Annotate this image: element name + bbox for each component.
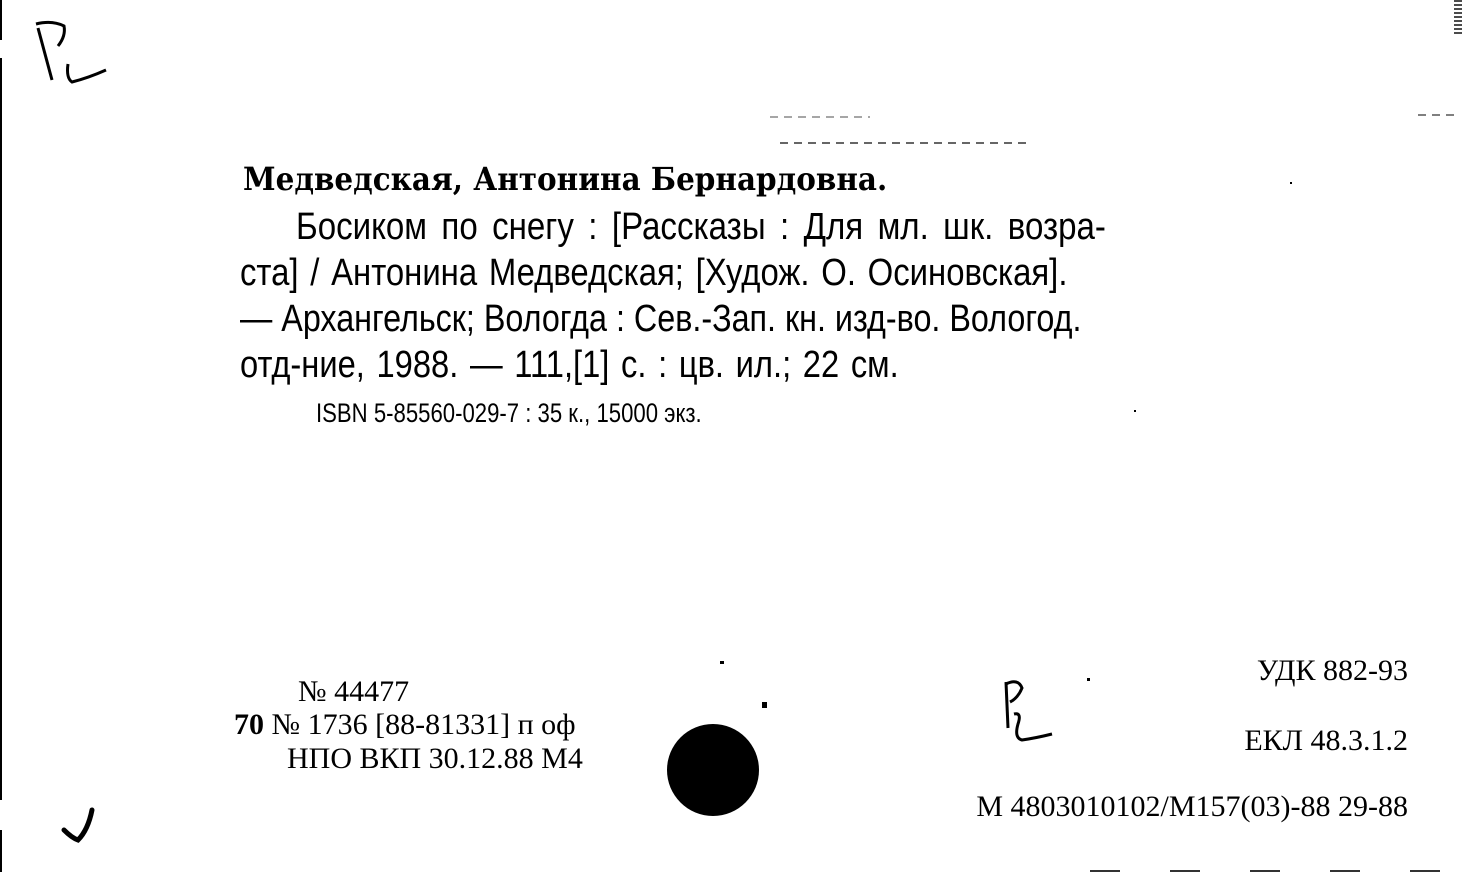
catalog-card: Медведская, Антонина Бернардовна. Босико… — [0, 0, 1464, 872]
scan-speck — [720, 661, 724, 664]
scan-speck — [1290, 182, 1292, 184]
checkmark-icon — [60, 806, 110, 856]
description-line: отд-ние, 1988. — 111,[1] с. : цв. ил.; 2… — [240, 344, 899, 387]
handwritten-p2-icon — [30, 18, 120, 93]
printer-line: НПО ВКП 30.12.88 М4 — [287, 742, 583, 776]
card-left-edge — [0, 0, 2, 872]
ekl-code: ЕКЛ 48.3.1.2 — [1244, 724, 1408, 758]
punch-hole — [667, 724, 759, 816]
scan-artifact — [780, 142, 1030, 144]
classification-code: М 4803010102/М157(03)-88 29-88 — [976, 790, 1408, 824]
order-text: № 1736 [88-81331] п оф — [272, 708, 576, 741]
edge-gap — [0, 800, 2, 830]
handwritten-p2-icon — [996, 676, 1066, 746]
order-line: 70 № 1736 [88-81331] п оф — [234, 708, 576, 742]
udk-code: УДК 882-93 — [1257, 654, 1408, 688]
scan-noise — [1454, 0, 1462, 34]
scan-speck — [762, 702, 767, 708]
order-prefix: 70 — [234, 708, 264, 741]
scan-speck — [1087, 678, 1090, 681]
description-line: Босиком по снегу : [Рассказы : Для мл. ш… — [296, 206, 1106, 249]
scan-artifact — [1418, 114, 1458, 116]
isbn-line: ISBN 5-85560-029-7 : 35 к., 15000 экз. — [316, 398, 702, 429]
card-number: № 44477 — [298, 675, 409, 709]
edge-gap — [0, 40, 2, 58]
scan-speck — [1134, 410, 1136, 412]
description-line: ста] / Антонина Медведская; [Худож. О. О… — [240, 252, 1067, 295]
scan-artifact — [770, 116, 870, 118]
author-heading: Медведская, Антонина Бернардовна. — [243, 160, 887, 198]
description-line: — Архангельск; Вологда : Сев.-Зап. кн. и… — [240, 298, 1082, 341]
